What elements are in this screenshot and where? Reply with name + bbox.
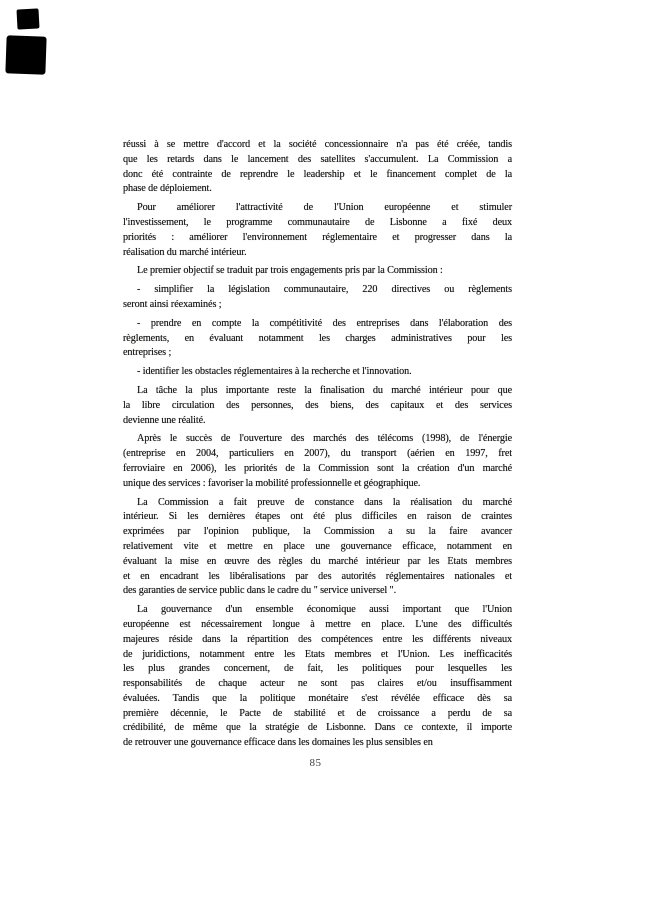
text-line: que les retards dans le lancement des sa…: [123, 153, 512, 168]
paragraph: - prendre en compte la compétitivité des…: [123, 317, 512, 361]
scan-ink-mark-small: [16, 8, 39, 29]
text-line: et en encadrant les libéralisations par …: [123, 570, 512, 585]
page-text-block: réussi à se mettre d'accord et la sociét…: [123, 138, 512, 755]
text-line: responsabilités de chaque acteur ne sont…: [123, 677, 512, 692]
text-line: priorités : améliorer l'environnement ré…: [123, 231, 512, 246]
text-line: La tâche la plus importante reste la fin…: [123, 384, 512, 399]
text-line: La Commission a fait preuve de constance…: [123, 496, 512, 511]
text-line: Après le succès de l'ouverture des march…: [123, 432, 512, 447]
paragraph: - simplifier la législation communautair…: [123, 283, 512, 313]
text-line: - identifier les obstacles réglementaire…: [123, 365, 512, 380]
text-line: ferroviaire en 2006), les priorités de l…: [123, 462, 512, 477]
document-page: réussi à se mettre d'accord et la sociét…: [0, 0, 650, 920]
text-line: devienne une réalité.: [123, 414, 512, 429]
paragraph: Le premier objectif se traduit par trois…: [123, 264, 512, 279]
text-line: La gouvernance d'un ensemble économique …: [123, 603, 512, 618]
text-line: - simplifier la législation communautair…: [123, 283, 512, 298]
paragraph: La gouvernance d'un ensemble économique …: [123, 603, 512, 751]
text-line: règlements, en évaluant notamment les ch…: [123, 332, 512, 347]
paragraph: La Commission a fait preuve de constance…: [123, 496, 512, 600]
text-line: Le premier objectif se traduit par trois…: [123, 264, 512, 279]
text-line: de juridictions, notamment entre les Eta…: [123, 648, 512, 663]
text-line: première décennie, le Pacte de stabilité…: [123, 707, 512, 722]
text-line: donc été contrainte de reprendre le lead…: [123, 168, 512, 183]
page-number: 85: [121, 757, 510, 769]
text-line: évaluant la mise en œuvre des règles du …: [123, 555, 512, 570]
text-line: Pour améliorer l'attractivité de l'Union…: [123, 201, 512, 216]
text-line: les plus grandes concernent, de fait, le…: [123, 662, 512, 677]
text-line: européenne est nécessairement longue à m…: [123, 618, 512, 633]
text-line: unique des services : favoriser la mobil…: [123, 477, 512, 492]
text-line: réussi à se mettre d'accord et la sociét…: [123, 138, 512, 153]
text-line: crédibilité, de même que la stratégie de…: [123, 721, 512, 736]
paragraph: - identifier les obstacles réglementaire…: [123, 365, 512, 380]
text-line: entreprises ;: [123, 346, 512, 361]
paragraph: réussi à se mettre d'accord et la sociét…: [123, 138, 512, 197]
text-line: exprimées par l'opinion publique, la Com…: [123, 525, 512, 540]
text-line: évaluées. Tandis que la politique monéta…: [123, 692, 512, 707]
text-line: réalisation du marché intérieur.: [123, 246, 512, 261]
text-line: majeures réside dans la répartition des …: [123, 633, 512, 648]
text-line: relativement vite et mettre en place une…: [123, 540, 512, 555]
text-line: intérieur. Si les dernières étapes ont é…: [123, 510, 512, 525]
scan-ink-mark-large: [5, 35, 46, 74]
text-line: des garanties de service public dans le …: [123, 584, 512, 599]
paragraph: Pour améliorer l'attractivité de l'Union…: [123, 201, 512, 260]
text-line: de retrouver une gouvernance efficace da…: [123, 736, 512, 751]
text-line: - prendre en compte la compétitivité des…: [123, 317, 512, 332]
text-line: la libre circulation des personnes, des …: [123, 399, 512, 414]
paragraph: Après le succès de l'ouverture des march…: [123, 432, 512, 491]
paragraph: La tâche la plus importante reste la fin…: [123, 384, 512, 428]
text-line: (entreprise en 2004, particuliers en 200…: [123, 447, 512, 462]
text-line: l'investissement, le programme communaut…: [123, 216, 512, 231]
text-line: seront ainsi réexaminés ;: [123, 298, 512, 313]
text-line: phase de déploiement.: [123, 182, 512, 197]
